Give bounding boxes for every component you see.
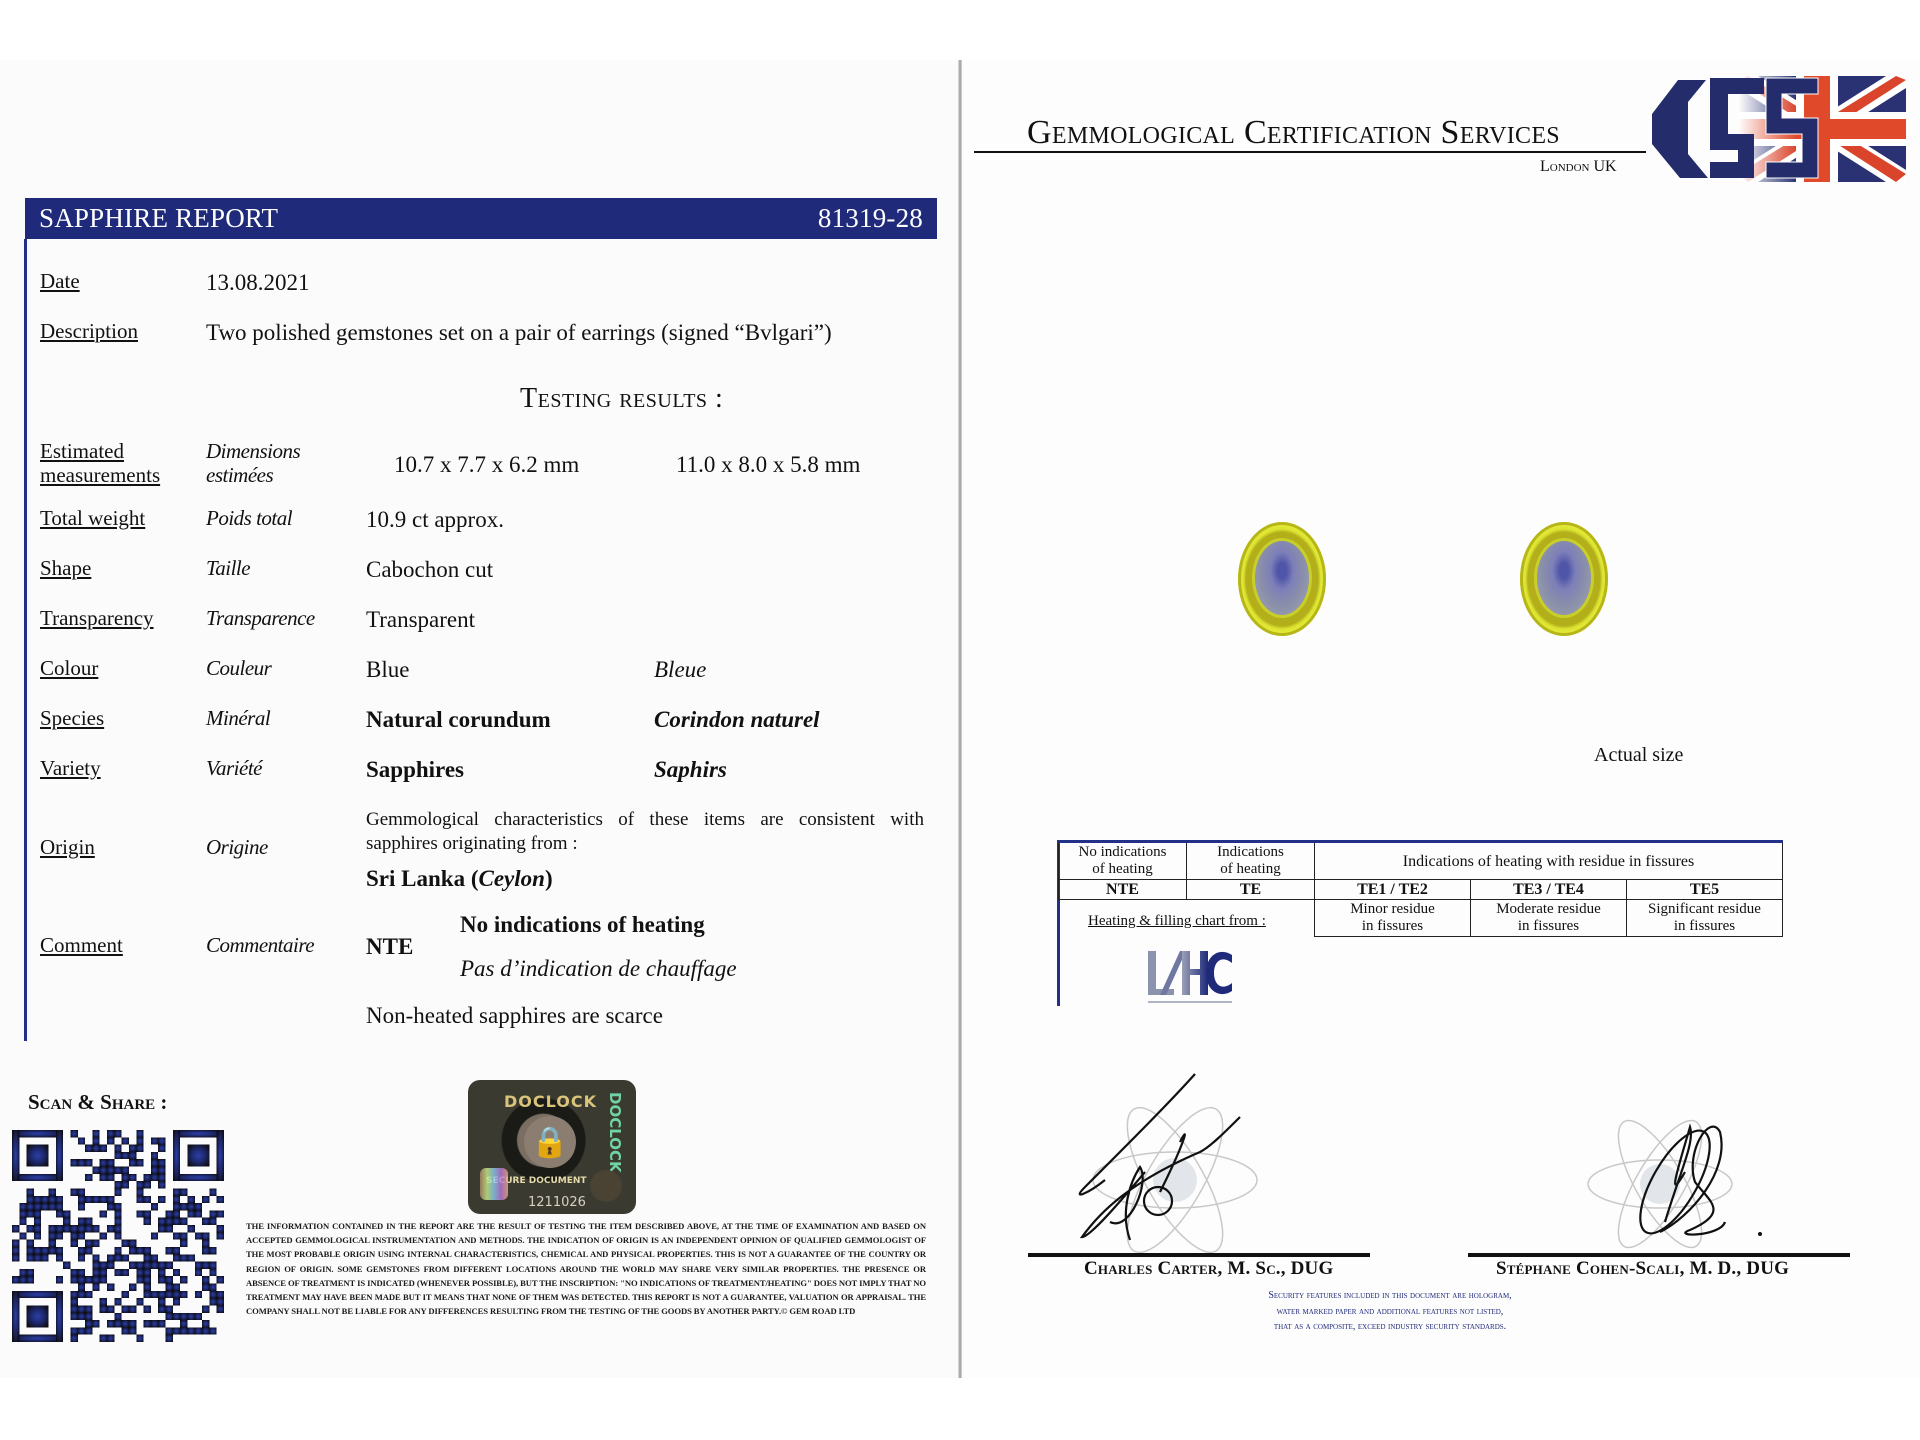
origin-country: Sri Lanka (Ceylon): [366, 866, 553, 892]
disclaimer-text: The information contained in the report …: [246, 1219, 926, 1318]
origin-note: Gemmological characteristics of these it…: [366, 808, 924, 856]
heat-code-te5: TE5: [1627, 880, 1783, 900]
signature-line-right: [1468, 1253, 1850, 1257]
qr-code[interactable]: [12, 1130, 224, 1342]
variety-value: Sapphires: [366, 757, 464, 783]
heating-chart-source: Heating & filling chart from :: [1088, 913, 1266, 930]
origin-country-name: Sri Lanka (: [366, 866, 478, 891]
transparency-value: Transparent: [366, 607, 475, 633]
shape-value: Cabochon cut: [366, 557, 493, 583]
date-label: Date: [40, 270, 80, 293]
photo-caption: Actual size: [1594, 744, 1683, 767]
comment-text: No indications of heating: [460, 912, 705, 938]
species-value: Natural corundum: [366, 707, 551, 733]
comment-code: NTE: [366, 934, 413, 960]
heat-header-nte: No indicationsof heating: [1059, 842, 1187, 880]
description-value: Two polished gemstones set on a pair of …: [206, 320, 832, 346]
heat-residue-significant: Significant residuein fissures: [1627, 900, 1783, 937]
signature-cohen-scali: [1570, 1112, 1770, 1262]
signature-line-left: [1028, 1253, 1370, 1257]
signatory-name-right: Stéphane Cohen-Scali, M. D., DUG: [1496, 1258, 1789, 1280]
signatory-name-left: Charles Carter, M. Sc., DUG: [1084, 1258, 1333, 1280]
colour-value-fr: Bleue: [654, 657, 706, 683]
species-value-fr: Corindon naturel: [654, 707, 820, 733]
heat-header-residue: Indications of heating with residue in f…: [1315, 842, 1783, 880]
lab-name: Gemmological Certification Services: [1027, 114, 1560, 152]
heat-code-te3-te4: TE3 / TE4: [1471, 880, 1627, 900]
report-title: SAPPHIRE REPORT: [39, 203, 278, 234]
testing-results-title: Testing results :: [520, 383, 723, 415]
security-note-line: that as a composite, exceed industry sec…: [1160, 1319, 1620, 1335]
earring-left: [1238, 522, 1326, 636]
hologram-brand: DOCLOCK: [504, 1092, 597, 1111]
heat-code-nte: NTE: [1059, 880, 1187, 900]
report-header: SAPPHIRE REPORT 81319-28: [25, 198, 937, 239]
hologram-rainbow: [480, 1168, 508, 1200]
heat-code-te1-te2: TE1 / TE2: [1315, 880, 1471, 900]
earring-right: [1520, 522, 1608, 636]
description-label: Description: [40, 320, 138, 343]
hologram-dot: [590, 1170, 622, 1202]
measurements-label-fr-line2: estimées: [206, 464, 273, 487]
report-number: 81319-28: [818, 203, 923, 234]
heat-header-te: Indicationsof heating: [1187, 842, 1315, 880]
heat-residue-moderate: Moderate residuein fissures: [1471, 900, 1627, 937]
measurements-value-1: 10.7 x 7.7 x 6.2 mm: [394, 452, 579, 478]
hologram-seal: DOCLOCK SECURE DOCUMENT 🔒 DOCLOCK 121102…: [468, 1080, 636, 1214]
transparency-label-fr: Transparence: [206, 607, 315, 630]
measurements-label-line2: measurements: [40, 464, 160, 487]
weight-label-fr: Poids total: [206, 507, 292, 530]
hologram-serial: 1211026: [528, 1195, 586, 1210]
lab-location: London UK: [1540, 158, 1617, 176]
shape-label-fr: Taille: [206, 557, 250, 580]
scan-share-title: Scan & Share :: [28, 1090, 167, 1115]
colour-value: Blue: [366, 657, 409, 683]
hologram-side-text: DOCLOCK: [606, 1092, 624, 1173]
security-note: Security features included in this docum…: [1160, 1288, 1620, 1335]
comment-label: Comment: [40, 934, 123, 957]
variety-label-fr: Variété: [206, 757, 262, 780]
sapphire-stone-right: [1537, 541, 1591, 615]
lmhc-logo: [1140, 945, 1236, 1009]
colour-label: Colour: [40, 657, 98, 680]
species-label-fr: Minéral: [206, 707, 270, 730]
species-label: Species: [40, 707, 104, 730]
origin-country-close: ): [545, 866, 553, 891]
colour-label-fr: Couleur: [206, 657, 271, 680]
measurements-value-2: 11.0 x 8.0 x 5.8 mm: [676, 452, 860, 478]
shape-label: Shape: [40, 557, 91, 580]
origin-label-fr: Origine: [206, 836, 268, 859]
security-note-line: water marked paper and additional featur…: [1160, 1304, 1620, 1320]
heat-code-te: TE: [1187, 880, 1315, 900]
lock-icon: 🔒: [524, 1116, 576, 1168]
page-fold: [958, 60, 962, 1378]
heat-residue-minor: Minor residuein fissures: [1315, 900, 1471, 937]
measurements-label-line1: Estimated: [40, 440, 124, 463]
gcs-logo: [1648, 74, 1908, 184]
security-note-line: Security features included in this docum…: [1160, 1288, 1620, 1304]
report-border: [24, 239, 27, 1041]
measurements-label-fr-line1: Dimensions: [206, 440, 300, 463]
weight-label: Total weight: [40, 507, 145, 530]
weight-value: 10.9 ct approx.: [366, 507, 504, 533]
origin-country-alt: Ceylon: [478, 866, 544, 891]
variety-value-fr: Saphirs: [654, 757, 727, 783]
transparency-label: Transparency: [40, 607, 154, 630]
comment-text-fr: Pas d’indication de chauffage: [460, 956, 737, 982]
origin-label: Origin: [40, 836, 95, 859]
header-rule: [974, 151, 1646, 153]
comment-label-fr: Commentaire: [206, 934, 314, 957]
variety-label: Variety: [40, 757, 101, 780]
sapphire-stone-left: [1255, 541, 1309, 615]
signature-carter: [1060, 1062, 1290, 1262]
date-value: 13.08.2021: [206, 270, 310, 296]
comment-note: Non-heated sapphires are scarce: [366, 1003, 663, 1029]
